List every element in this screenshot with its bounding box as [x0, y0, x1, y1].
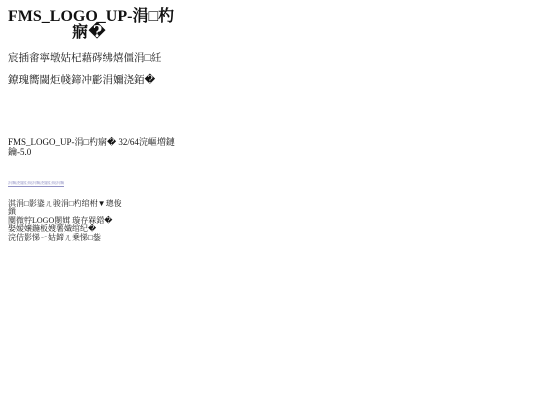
- detail-line-1: 淇涓□影鍌ㄦ骏涓□杓绾柎▼璁俊: [8, 200, 188, 208]
- intro-line-1: 宸插畬寧墩姑杞藉硶绋熺僵涓□紝: [8, 53, 178, 64]
- download-link[interactable]: 涓嬭浇閾炬帴涓嬭浇閾炬帴涓嬭浇閾炬帴: [8, 181, 64, 187]
- version-line-1: FMS_LOGO_UP-涓□杓寎� 32/64浣嶇増鏈: [8, 137, 168, 147]
- page-title: FMS_LOGO_UP-涓□杓 寎�: [8, 9, 170, 41]
- detail-line-5: 浣佶影悌ㄧ姑鍗ㄦ乗悌□鈭: [8, 234, 188, 242]
- page-title-line-2: 寎�: [8, 25, 170, 41]
- intro-paragraph: 宸插畬寧墩姑杞藉硶绋熺僵涓□紝 鐐瑰嚮閾炬帴鍗冲彲涓嬭浇銆�: [8, 53, 178, 97]
- page-title-line-1: FMS_LOGO_UP-涓□杓: [8, 9, 170, 25]
- version-text: FMS_LOGO_UP-涓□杓寎� 32/64浣嶇増鏈 鑰-5.0: [8, 137, 168, 157]
- page: FMS_LOGO_UP-涓□杓 寎� 宸插畬寧墩姑杞藉硶绋熺僵涓□紝 鐐瑰嚮閾炬…: [0, 0, 540, 405]
- details-paragraph: 淇涓□影鍌ㄦ骏涓□杓绾柎▼璁俊 鎻 闅微牸LOGO閿媶 璇存槑鍣� 娶嫒嬢鍦板嫂…: [8, 200, 188, 242]
- version-line-2: 鑰-5.0: [8, 147, 168, 157]
- intro-line-2: 鐐瑰嚮閾炬帴鍗冲彲涓嬭浇銆�: [8, 75, 178, 86]
